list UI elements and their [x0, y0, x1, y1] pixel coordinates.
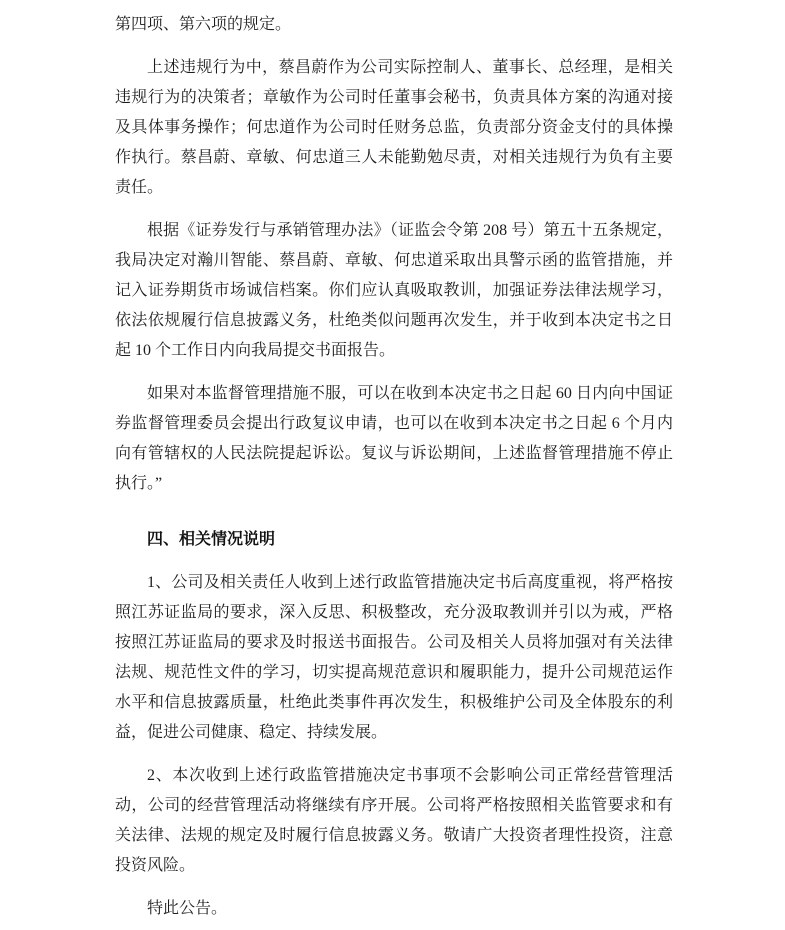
paragraph-company-response-1: 1、公司及相关责任人收到上述行政监管措施决定书后高度重视，将严格按照江苏证监局的…: [115, 568, 673, 748]
paragraph-appeal-rights: 如果对本监督管理措施不服，可以在收到本决定书之日起 60 日内向中国证券监督管理…: [115, 379, 673, 499]
paragraph-responsibility-attribution: 上述违规行为中，蔡昌蔚作为公司实际控制人、董事长、总经理，是相关违规行为的决策者…: [115, 53, 673, 203]
section-heading-related-information: 四、相关情况说明: [115, 525, 673, 555]
paragraph-clause-reference: 第四项、第六项的规定。: [115, 10, 673, 40]
document-page: 第四项、第六项的规定。 上述违规行为中，蔡昌蔚作为公司实际控制人、董事长、总经理…: [0, 0, 785, 930]
paragraph-company-response-2: 2、本次收到上述行政监管措施决定书事项不会影响公司正常经营管理活动，公司的经营管…: [115, 761, 673, 881]
paragraph-closing-announcement: 特此公告。: [115, 894, 673, 924]
paragraph-regulatory-decision: 根据《证券发行与承销管理办法》（证监会令第 208 号）第五十五条规定，我局决定…: [115, 216, 673, 366]
